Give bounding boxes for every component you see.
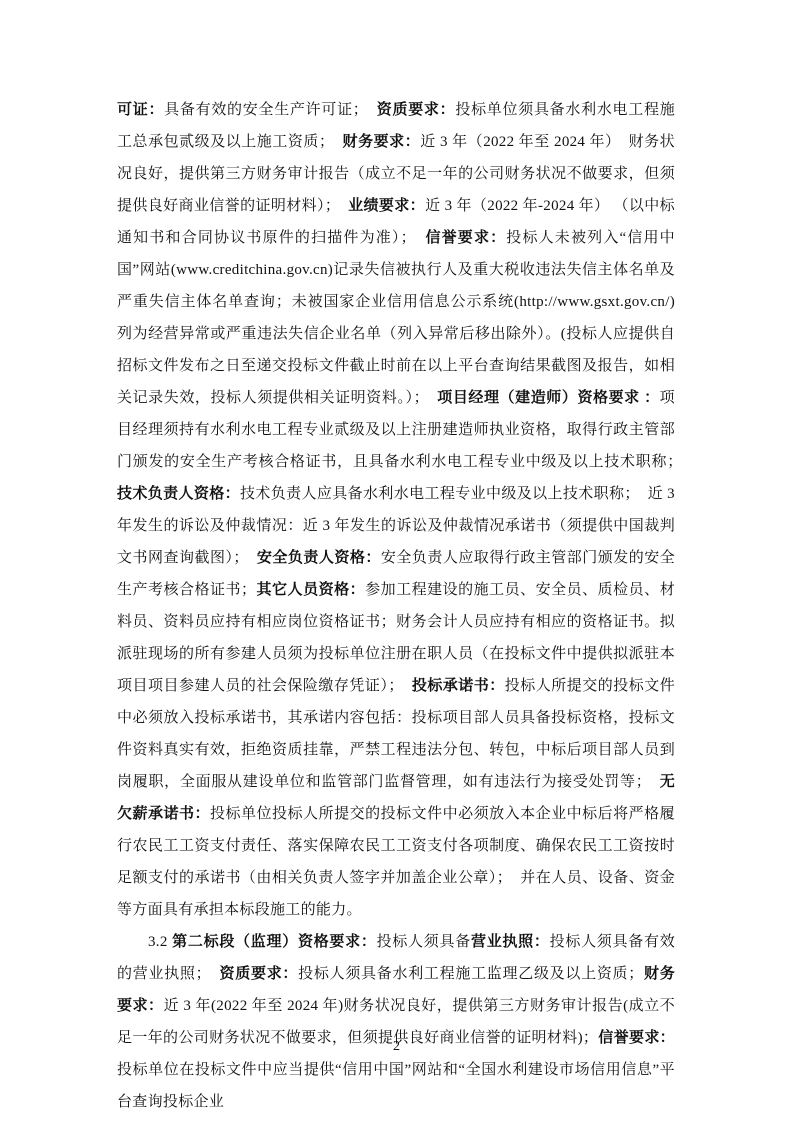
bold-text-run: 安全负责人资格： xyxy=(257,550,381,566)
bold-text-run: 资质要求： xyxy=(377,102,456,118)
bold-text-run: 投标承诺书： xyxy=(412,678,505,694)
page-number: 2 xyxy=(0,1038,793,1056)
bold-text-run: 资质要求： xyxy=(220,966,299,982)
text-run: 投标单位投标人所提交的投标文件中必须放入本企业中标后将严格履行农民工工资支付责任… xyxy=(117,806,675,918)
bold-text-run: 项目经理（建造师）资格要求 ： xyxy=(437,390,659,406)
bold-text-run: 技术负责人资格： xyxy=(117,486,240,502)
text-run: 具备有效的安全生产许可证； xyxy=(164,102,377,118)
text-run: 投标人须具备水利工程施工监理乙级及以上资质； xyxy=(298,966,643,982)
bold-text-run: 财务要求： xyxy=(343,134,421,150)
bold-text-run: 其它人员资格： xyxy=(256,582,365,598)
bold-text-run: 可证： xyxy=(117,102,164,118)
paragraph: 3.2 第二标段（监理）资格要求：投标人须具备营业执照：投标人须具备有效的营业执… xyxy=(117,926,675,1118)
document-page: 可证：具备有效的安全生产许可证； 资质要求：投标单位须具备水利水电工程施工总承包… xyxy=(0,0,793,1122)
bold-text-run: 营业执照： xyxy=(471,934,550,950)
paragraph: 可证：具备有效的安全生产许可证； 资质要求：投标单位须具备水利水电工程施工总承包… xyxy=(117,94,675,926)
text-run: 投标人须具备 xyxy=(377,934,471,950)
document-body: 可证：具备有效的安全生产许可证； 资质要求：投标单位须具备水利水电工程施工总承包… xyxy=(117,94,675,1118)
bold-text-run: 信誉要求： xyxy=(425,230,506,246)
text-run: 投标人所提交的投标文件中必须放入投标承诺书，其承诺内容包括：投标项目部人员具备投… xyxy=(117,678,675,790)
bold-text-run: 第二标段（监理）资格要求： xyxy=(172,934,376,950)
bold-text-run: 业绩要求： xyxy=(348,198,425,214)
text-run: 投标单位在投标文件中应当提供“信用中国”网站和“全国水利建设市场信用信息”平台查… xyxy=(117,1062,675,1110)
text-run: 3.2 xyxy=(148,934,172,950)
text-run: 投标人未被列入“信用中国”网站(www.creditchina.gov.cn)记… xyxy=(117,230,675,406)
